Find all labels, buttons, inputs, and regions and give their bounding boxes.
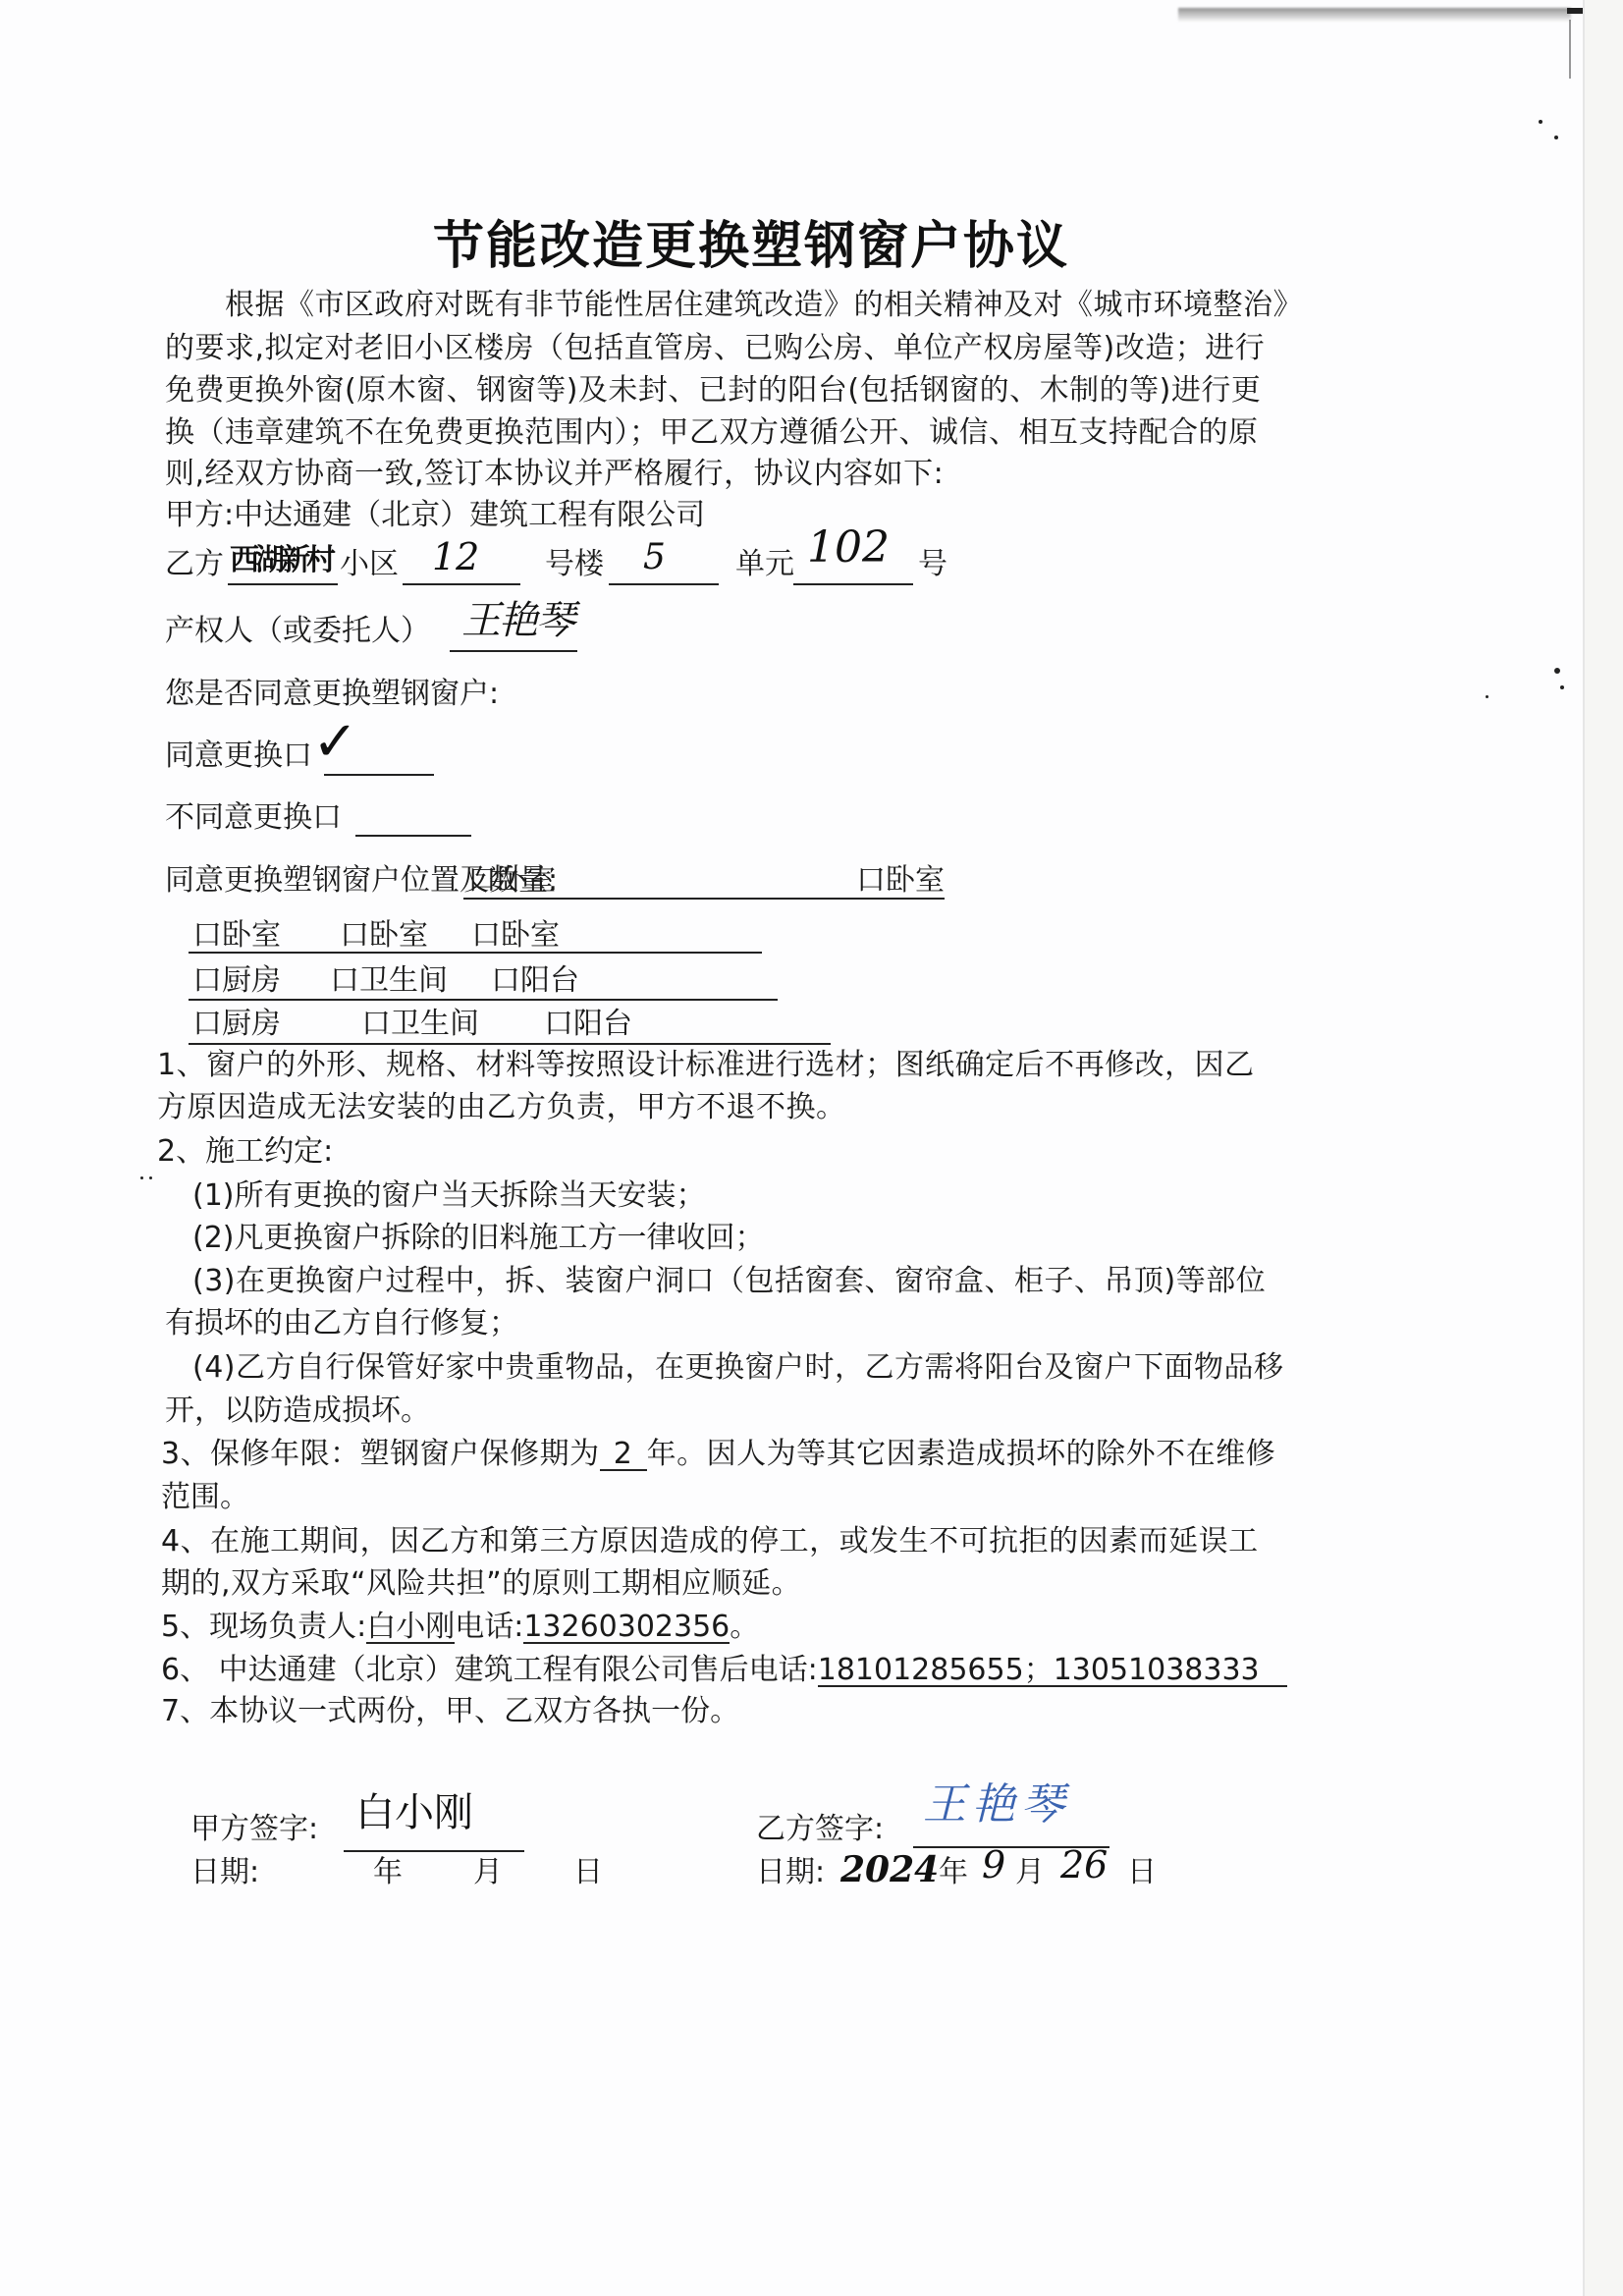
party-b-month: 9	[982, 1846, 1005, 1884]
location-bedroom[interactable]: 口卧室	[192, 921, 281, 951]
location-balcony[interactable]: 口阳台	[544, 1010, 632, 1039]
checkmark-icon: ✓	[312, 715, 358, 770]
scan-speck	[1486, 695, 1488, 698]
site-manager-phone[interactable]: 13260302356	[523, 1613, 730, 1644]
location-bedroom[interactable]: 口卧室	[467, 866, 556, 896]
scan-speck	[1560, 685, 1564, 689]
clause-3-text-end: 年。因人为等其它因素造成损坏的除外不在维修	[647, 1437, 1276, 1471]
party-a-signature-label: 甲方签字:	[190, 1815, 318, 1844]
scan-page-edge	[1583, 0, 1623, 2296]
site-manager-name: 白小刚	[366, 1613, 455, 1644]
clause-5-label: 5、现场负责人:	[161, 1610, 366, 1644]
party-b-year: 2024	[840, 1852, 939, 1887]
location-bathroom[interactable]: 口卫生间	[361, 1010, 479, 1039]
consent-question: 您是否同意更换塑钢窗户:	[165, 680, 499, 709]
intro-line: 则,经双方协商一致,签订本协议并严格履行，协议内容如下:	[165, 460, 944, 489]
party-b-signature: 王艳琴	[923, 1783, 1070, 1827]
agree-label: 同意更换口	[165, 738, 312, 773]
clause-2-3: (3)在更换窗户过程中，拆、装窗户洞口（包括窗套、窗帘盒、柜子、吊顶)等部位	[192, 1267, 1266, 1296]
warranty-years: 2	[600, 1440, 647, 1471]
clause-2-3-cont: 有损坏的由乙方自行修复；	[165, 1309, 518, 1339]
clause-7: 7、本协议一式两份，甲、乙双方各执一份。	[161, 1697, 739, 1726]
clause-1: 1、窗户的外形、规格、材料等按照设计标准进行选材；图纸确定后不再修改，因乙	[157, 1051, 1255, 1080]
party-a-signature: 白小刚	[355, 1793, 473, 1832]
party-a-label: 甲方:	[165, 498, 234, 532]
party-b-row: 乙方	[165, 550, 224, 579]
intro-line: 免费更换外窗(原木窗、钢窗等)及未封、已封的阳台(包括钢窗的、木制的等)进行更	[165, 376, 1261, 406]
party-b-day: 26	[1060, 1846, 1108, 1884]
clause-5-end: 。	[730, 1610, 759, 1644]
location-bedroom[interactable]: 口卧室	[856, 866, 945, 896]
location-bathroom[interactable]: 口卫生间	[330, 966, 448, 996]
document-title: 节能改造更换塑钢窗户协议	[0, 204, 1502, 278]
party-b-month-suffix: 月	[1015, 1858, 1045, 1887]
scan-speck	[1539, 120, 1542, 124]
building-suffix: 号楼	[545, 550, 604, 579]
room-handwritten: 102	[807, 526, 890, 570]
locations-underline	[463, 898, 945, 900]
scan-artifact-top	[1178, 8, 1571, 22]
clause-2-4: (4)乙方自行保管好家中贵重物品，在更换窗户时，乙方需将阳台及窗户下面物品移	[192, 1353, 1284, 1383]
clause-2-1: (1)所有更换的窗户当天拆除当天安装；	[192, 1181, 706, 1211]
clause-3: 3、保修年限：塑钢窗户保修期为2年。因人为等其它因素造成损坏的除外不在维修	[161, 1440, 1275, 1471]
clause-2: 2、施工约定:	[157, 1137, 333, 1167]
location-balcony[interactable]: 口阳台	[491, 966, 579, 996]
locations-underline	[189, 999, 778, 1001]
clause-2-4-cont: 开，以防造成损坏。	[165, 1396, 430, 1426]
party-b-year-suffix: 年	[939, 1858, 968, 1887]
clause-3-text: 3、保修年限：塑钢窗户保修期为	[161, 1437, 600, 1471]
phone-label: 电话:	[455, 1610, 523, 1644]
building-handwritten: 12	[432, 538, 479, 575]
scan-speck	[140, 1176, 143, 1179]
scan-speck	[149, 1176, 152, 1179]
clause-6-label: 6、 中达通建（北京）建筑工程有限公司售后电话:	[161, 1653, 818, 1687]
location-bedroom[interactable]: 口卧室	[340, 921, 428, 951]
agree-option[interactable]: 同意更换口	[165, 741, 312, 771]
clause-1-cont: 方原因造成无法安装的由乙方负责，甲方不退不换。	[157, 1093, 846, 1122]
clause-3-cont: 范围。	[161, 1483, 249, 1512]
scan-speck	[1554, 668, 1560, 674]
unit-suffix: 单元	[735, 550, 794, 579]
clause-2-2: (2)凡更换窗户拆除的旧料施工方一律收回；	[192, 1224, 765, 1253]
location-bedroom[interactable]: 口卧室	[471, 921, 560, 951]
intro-line: 换（违章建筑不在免费更换范围内）；甲乙双方遵循公开、诚信、相互支持配合的原	[165, 418, 1259, 448]
party-b-day-suffix: 日	[1127, 1858, 1157, 1887]
clause-6: 6、 中达通建（北京）建筑工程有限公司售后电话:18101285655；1305…	[161, 1656, 1287, 1687]
clause-5: 5、现场负责人:白小刚电话:13260302356。	[161, 1613, 759, 1644]
location-kitchen[interactable]: 口厨房	[192, 966, 281, 996]
clause-4: 4、在施工期间，因乙方和第三方原因造成的停工，或发生不可抗拒的因素而延误工	[161, 1527, 1259, 1557]
disagree-field[interactable]	[355, 807, 471, 837]
party-b-signature-label: 乙方签字:	[756, 1815, 884, 1844]
party-a-year-suffix: 年	[373, 1858, 403, 1887]
after-sales-phones[interactable]: 18101285655；13051038333	[818, 1656, 1287, 1687]
party-a-month-suffix: 月	[473, 1858, 503, 1887]
intro-line: 的要求,拟定对老旧小区楼房（包括直管房、已购公房、单位产权房屋等)改造；进行	[165, 334, 1265, 363]
scan-artifact-corner	[1567, 8, 1583, 14]
party-b-label: 乙方	[165, 547, 224, 581]
party-a-name: 中达通建（北京）建筑工程有限公司	[234, 498, 705, 532]
owner-label: 产权人（或委托人）	[165, 617, 430, 646]
community-suffix: 小区	[340, 550, 399, 579]
disagree-option[interactable]: 不同意更换口	[165, 803, 342, 833]
disagree-label: 不同意更换口	[165, 800, 342, 835]
locations-underline	[189, 1043, 831, 1045]
unit-handwritten: 5	[643, 540, 666, 575]
community-handwritten: 西湖新村	[230, 546, 332, 575]
scan-speck	[1554, 136, 1558, 139]
room-suffix: 号	[918, 550, 947, 579]
party-b-date-label: 日期:	[756, 1858, 825, 1887]
party-a-date-label: 日期:	[190, 1858, 259, 1887]
clause-4-cont: 期的,双方采取“风险共担”的原则工期相应顺延。	[161, 1569, 801, 1599]
location-kitchen[interactable]: 口厨房	[192, 1010, 281, 1039]
intro-line: 根据《市区政府对既有非节能性居住建筑改造》的相关精神及对《城市环境整治》	[165, 291, 1303, 320]
owner-signature: 王艳琴	[461, 601, 573, 640]
party-a-row: 甲方:中达通建（北京）建筑工程有限公司	[165, 501, 705, 530]
scan-artifact-line	[1569, 20, 1571, 79]
party-a-day-suffix: 日	[573, 1858, 603, 1887]
